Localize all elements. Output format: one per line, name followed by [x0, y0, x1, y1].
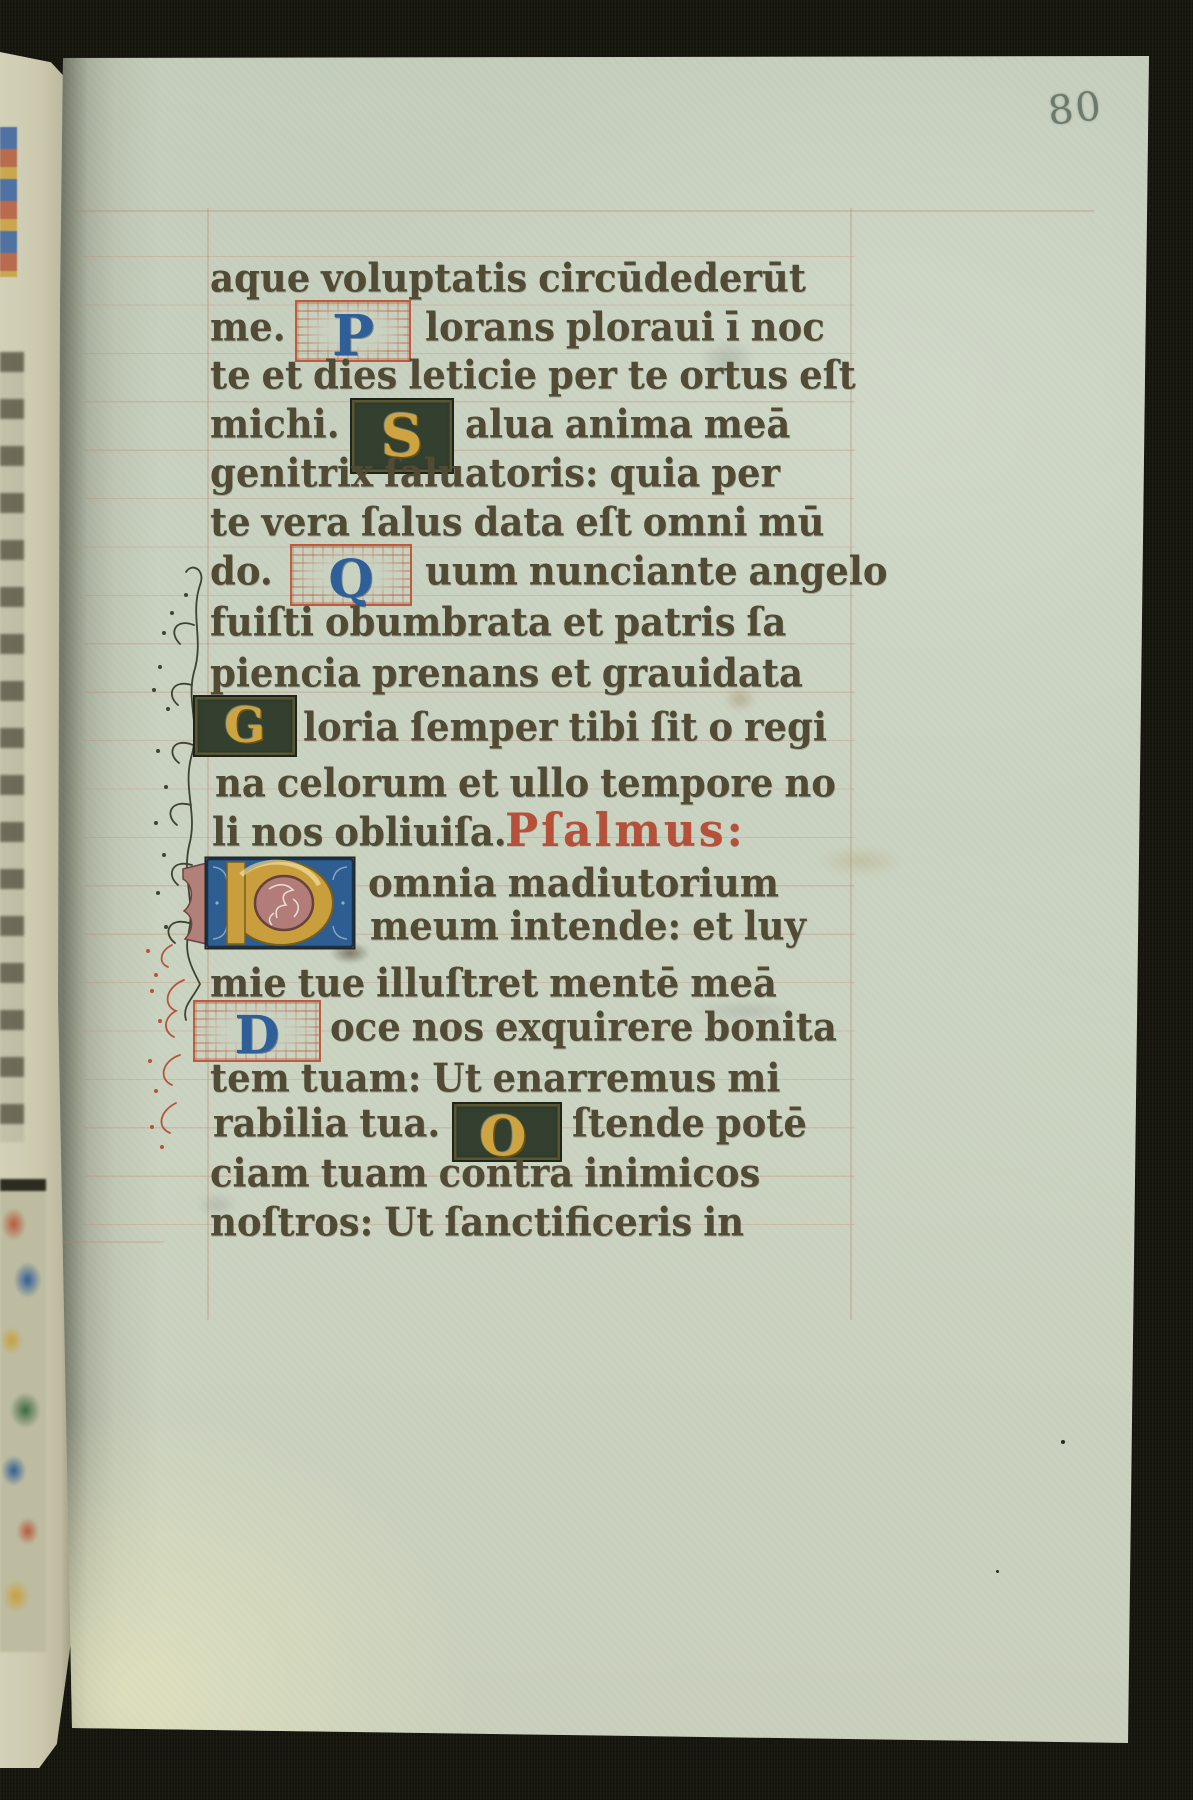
line-text: mie tue illuſtret mentē meā: [210, 960, 777, 1006]
ruling-margin-stub: [62, 1241, 164, 1243]
dust-speck: [996, 1570, 999, 1573]
initial-Q: Q: [290, 544, 412, 606]
text-line: ſtende potē: [572, 1104, 807, 1143]
line-text: ſtende potē: [572, 1100, 807, 1146]
stain: [818, 846, 902, 876]
initial-G: G: [193, 695, 297, 757]
text-line: michi.: [210, 405, 340, 444]
line-text: uum nunciante angelo: [425, 548, 888, 594]
text-line: meum intende: et luy: [370, 907, 806, 946]
text-line: genitrix ſaluatoris: quia per: [210, 454, 780, 493]
dust-speck: [1061, 1440, 1065, 1444]
line-text: loria ſemper tibi ſit o regi: [303, 704, 827, 750]
facing-text-fragment: [0, 352, 24, 1142]
text-line: do.: [210, 552, 273, 591]
line-text: li nos obliuiſa.: [212, 809, 507, 855]
text-line: te vera ſalus data eſt omni mū: [210, 503, 824, 542]
text-line: alua anima meā: [465, 405, 790, 444]
text-line: lorans ploraui ī noc: [425, 308, 825, 347]
illuminated-border-fragment: [0, 1187, 46, 1652]
text-line: fuiſti obumbrata et patris ſa: [210, 603, 786, 642]
manuscript-photo: 80 P S: [0, 0, 1193, 1800]
text-line: omnia madiutorium: [368, 864, 779, 903]
text-line: piencia prenans et grauidata: [210, 654, 803, 693]
text-line: tem tuam: Ut enarremus mi: [210, 1059, 780, 1098]
line-text: genitrix ſaluatoris: quia per: [210, 450, 780, 496]
initial-letter: G: [225, 702, 266, 750]
text-line: na celorum et ullo tempore no: [215, 764, 836, 803]
facing-initial-fragment: [0, 127, 17, 277]
text-line: me.: [210, 308, 286, 347]
initial-D-illuminated: [177, 853, 357, 953]
line-text: te et dies leticie per te ortus eſt: [210, 352, 856, 398]
initial-D-small: D: [193, 1000, 321, 1062]
line-text: do.: [210, 548, 273, 594]
folio-number: 80: [1046, 83, 1105, 134]
line-text: noſtros: Ut ſanctificeris in: [210, 1199, 744, 1245]
rubric-psalmus: Pſalmus:: [505, 808, 746, 854]
text-line: noſtros: Ut ſanctificeris in: [210, 1203, 744, 1242]
text-line: li nos obliuiſa.: [212, 813, 507, 852]
text-line: ciam tuam contra inimicos: [210, 1154, 760, 1193]
line-text: tem tuam: Ut enarremus mi: [210, 1055, 780, 1101]
line-text: omnia madiutorium: [368, 860, 779, 906]
line-text: fuiſti obumbrata et patris ſa: [210, 599, 786, 645]
text-line: mie tue illuſtret mentē meā: [210, 964, 777, 1003]
line-text: ciam tuam contra inimicos: [210, 1150, 760, 1196]
text-line: aque voluptatis circūdederūt: [210, 259, 806, 298]
line-text: me.: [210, 304, 286, 350]
line-text: rabilia tua.: [213, 1100, 440, 1146]
line-text: meum intende: et luy: [370, 903, 806, 949]
line-text: piencia prenans et grauidata: [210, 650, 803, 696]
line-text: michi.: [210, 401, 340, 447]
line-text: te vera ſalus data eſt omni mū: [210, 499, 824, 545]
text-line: uum nunciante angelo: [425, 552, 888, 591]
ruling-top-line: [76, 210, 1094, 212]
line-text: aque voluptatis circūdederūt: [210, 255, 806, 301]
text-line: te et dies leticie per te ortus eſt: [210, 356, 856, 395]
line-text: lorans ploraui ī noc: [425, 304, 825, 350]
line-text: oce nos exquirere bonita: [330, 1004, 837, 1050]
text-line: loria ſemper tibi ſit o regi: [303, 708, 827, 747]
text-line: oce nos exquirere bonita: [330, 1008, 837, 1047]
line-text: alua anima meā: [465, 401, 790, 447]
line-text: na celorum et ullo tempore no: [215, 760, 836, 806]
text-line: rabilia tua.: [213, 1104, 440, 1143]
